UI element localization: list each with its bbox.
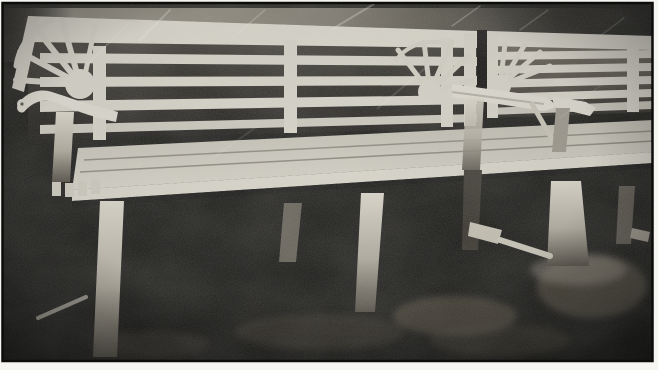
bench-photograph: Black-and-white halftone print of a long… (0, 0, 658, 370)
vignette (2, 2, 654, 362)
